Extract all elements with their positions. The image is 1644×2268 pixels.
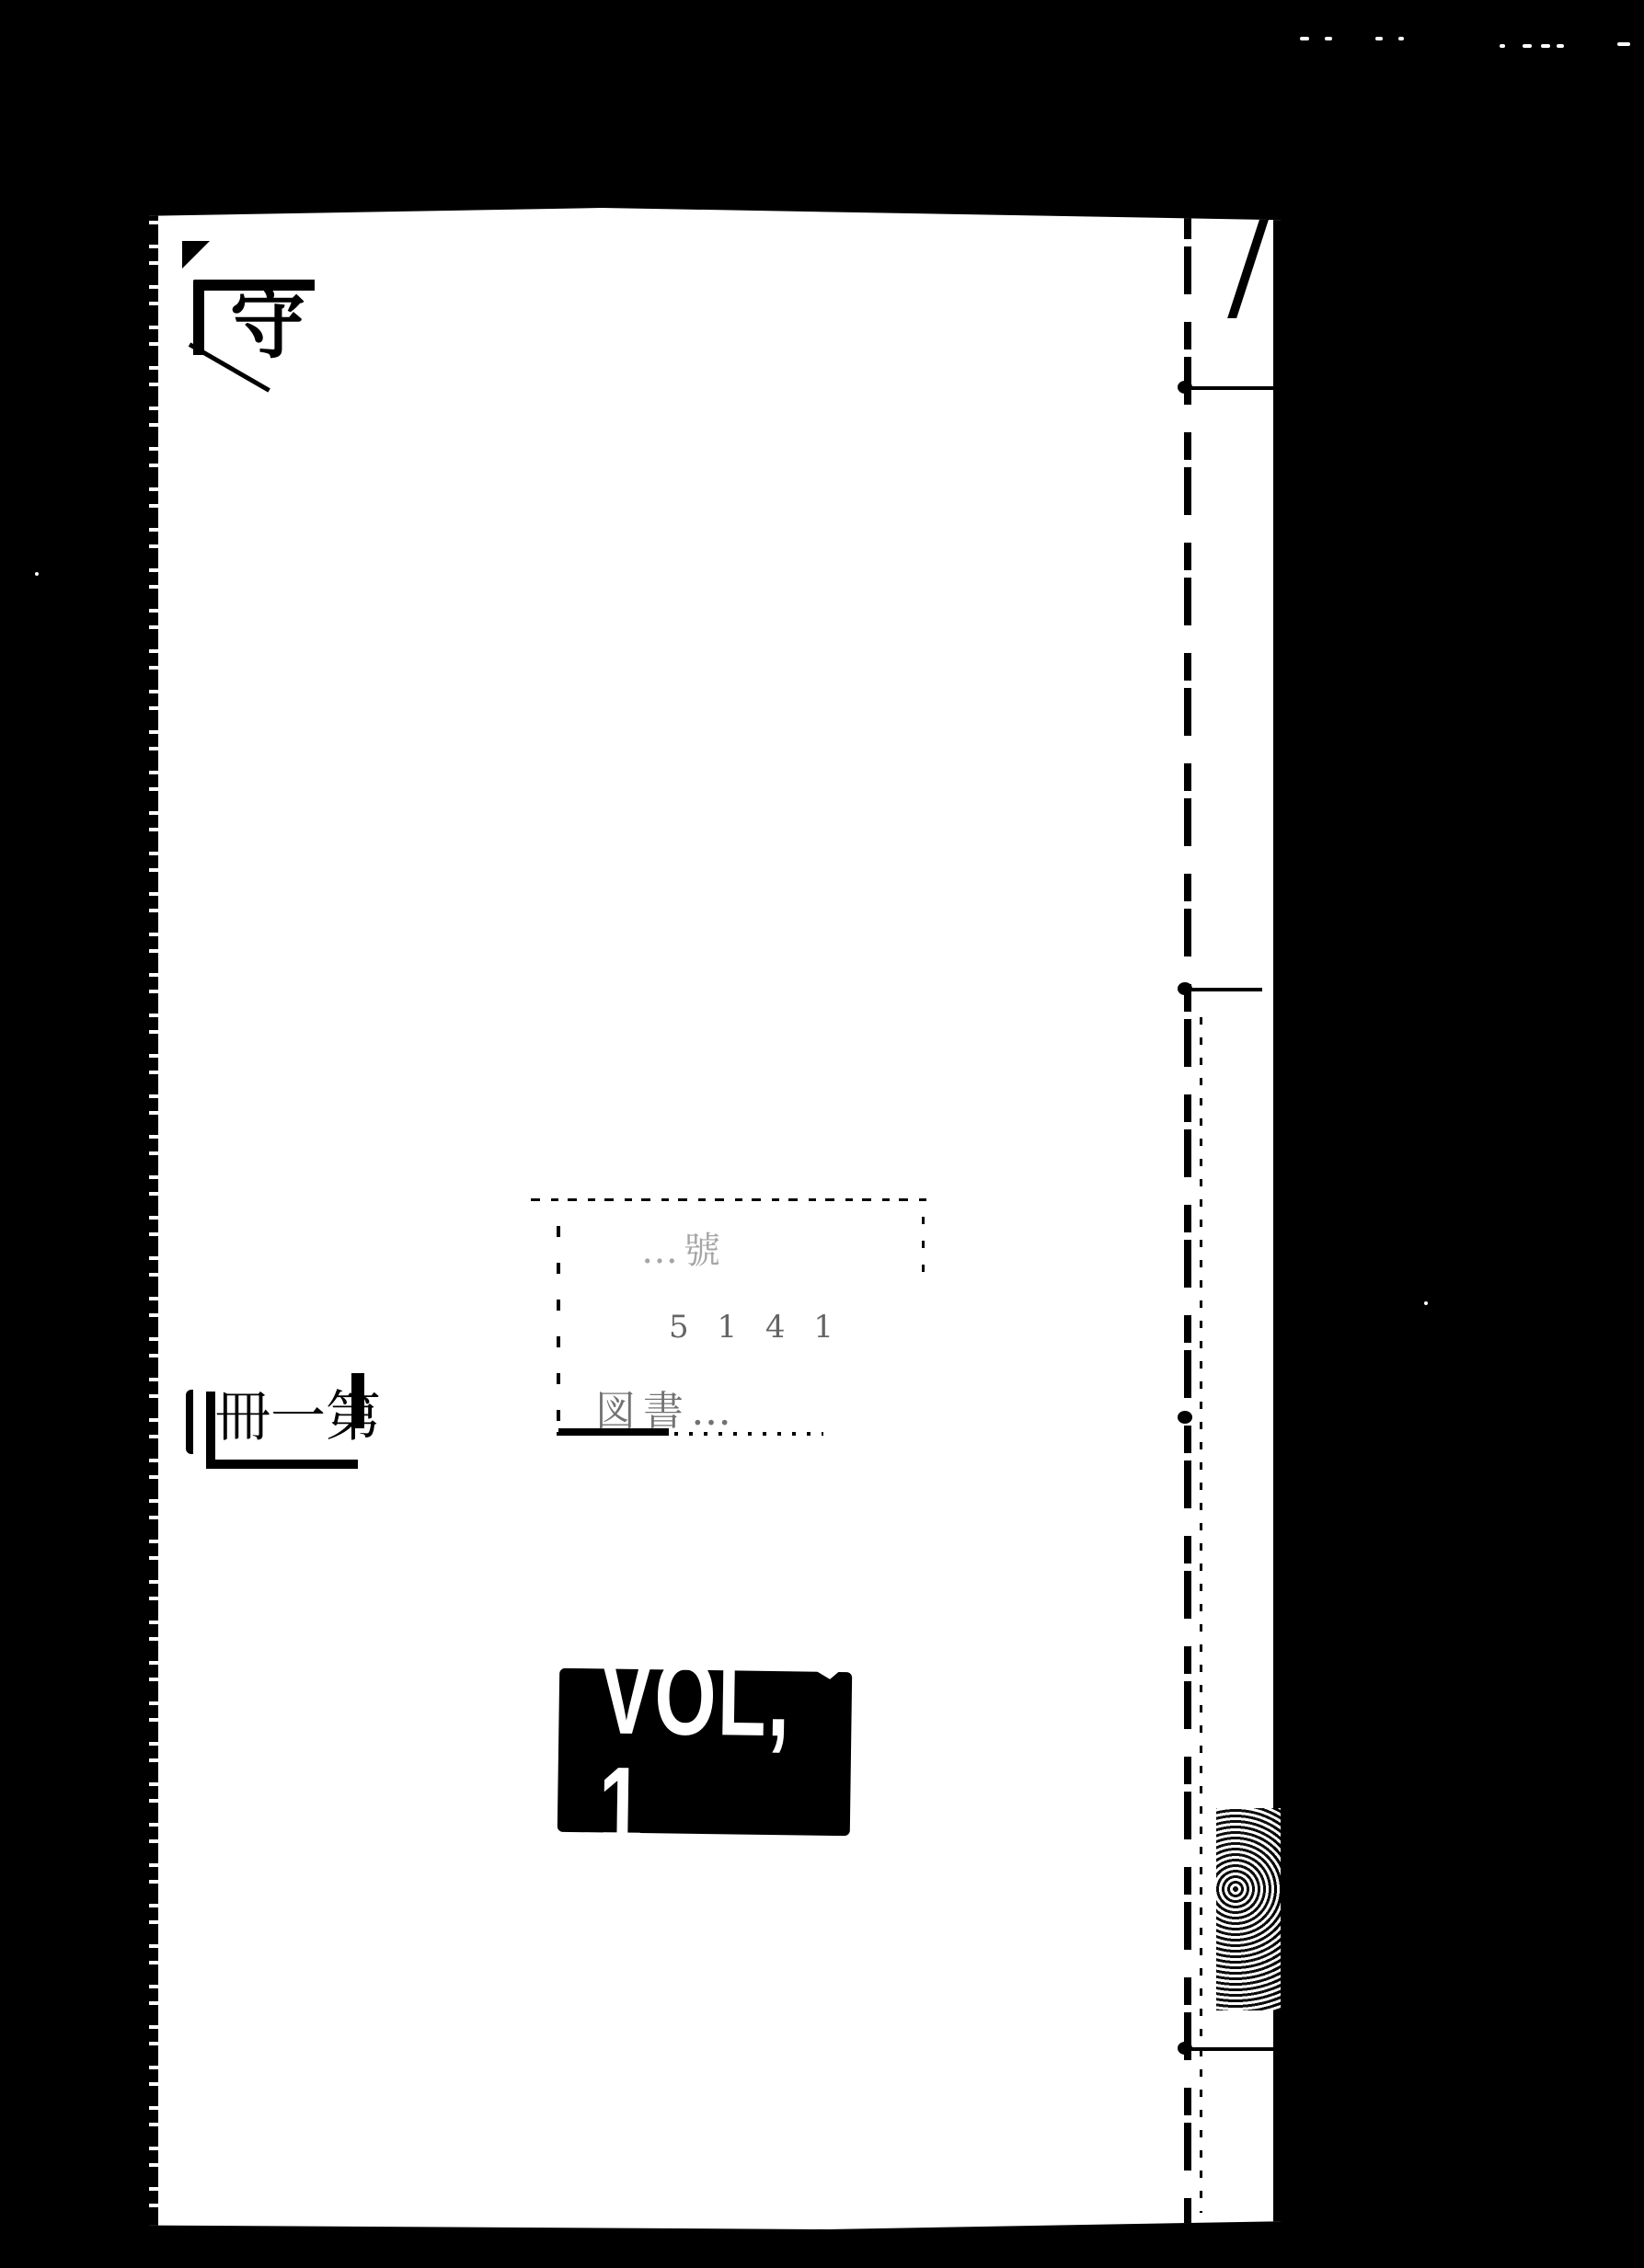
book-cover-page: 守 …號 5 1 4 1 図書… 冊一第 VOL, 1 — [149, 208, 1281, 2229]
stamp-line-3: 図書… — [595, 1378, 739, 1437]
stamp-border-right — [922, 1217, 925, 1272]
seal-character: 守 — [230, 287, 305, 362]
binding-mark — [1179, 2047, 1290, 2051]
scan-noise — [1424, 1301, 1428, 1305]
volume-sticker: VOL, 1 — [558, 1668, 852, 1836]
library-stamp: …號 5 1 4 1 図書… — [531, 1198, 926, 1438]
scan-noise — [1500, 44, 1505, 48]
scan-noise — [1300, 37, 1309, 40]
volume-label-text: 冊一第 — [215, 1390, 381, 1445]
binding-hole — [1178, 2042, 1192, 2055]
scan-noise — [1398, 37, 1404, 40]
stamp-line-1: …號 — [641, 1221, 726, 1274]
corner-fold — [1227, 217, 1306, 318]
stamp-border-left — [557, 1226, 560, 1433]
binding-hole — [1178, 381, 1192, 394]
stamp-call-number: 5 1 4 1 — [669, 1309, 843, 1346]
label-border-bottom — [206, 1460, 358, 1469]
page-left-edge — [149, 208, 158, 2229]
spine-stitch-line — [1184, 212, 1191, 2226]
scan-noise — [35, 572, 39, 576]
worn-patch — [1216, 1808, 1281, 2010]
volume-sticker-text: VOL, 1 — [598, 1640, 811, 1863]
scan-noise — [1325, 37, 1332, 40]
binding-hole — [1178, 1411, 1192, 1424]
binding-mark — [1179, 386, 1428, 390]
stamp-border-top — [531, 1198, 926, 1201]
scan-noise — [1375, 37, 1383, 40]
corner-shadow — [182, 241, 210, 269]
worn-patch-outline — [1281, 1808, 1311, 1996]
scan-noise — [1557, 44, 1564, 48]
volume-label: 冊一第 — [186, 1373, 365, 1474]
spine-stitch-line-inner — [1200, 1017, 1202, 2213]
binding-hole — [1178, 982, 1192, 995]
label-border-left — [206, 1392, 215, 1469]
scan-noise — [1523, 44, 1532, 48]
sticker-tear — [808, 1667, 845, 1680]
scan-noise — [1541, 44, 1550, 48]
corner-seal: 守 — [182, 241, 320, 351]
label-bracket-left — [186, 1390, 202, 1454]
scan-noise — [1617, 42, 1630, 46]
